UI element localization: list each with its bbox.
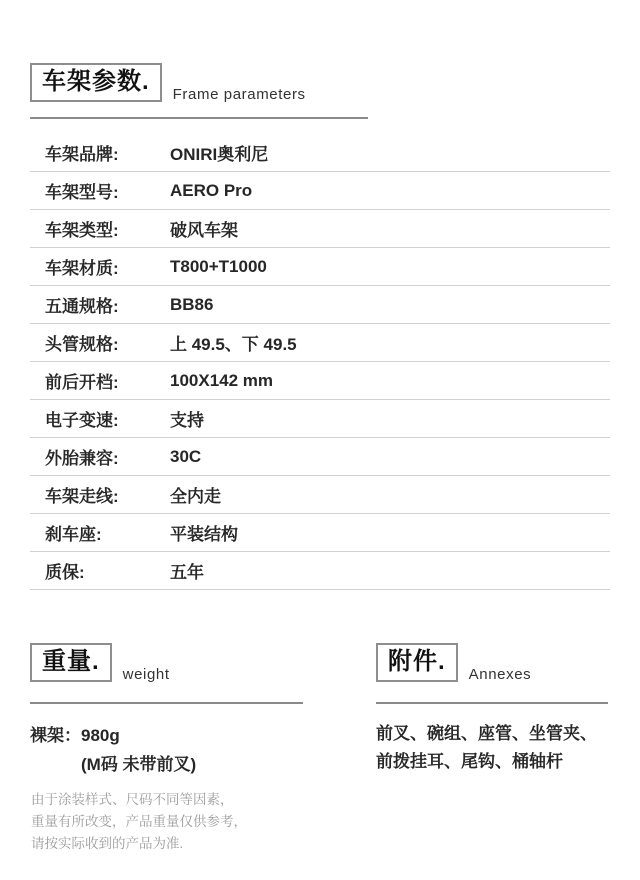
spec-label: 车架品牌: [30,140,170,165]
weight-subtitle: weight [123,666,170,683]
spec-label: 车架类型: [30,216,170,241]
spec-label: 头管规格: [30,330,170,355]
table-row-brake-mount: 刹车座: 平装结构 [30,514,610,552]
weight-header: 重量. weight [30,643,304,682]
weight-section: 重量. weight 裸架：980g (M码 未带前叉) [30,643,304,779]
spec-value: 30C [170,447,201,467]
table-row-warranty: 质保: 五年 [30,552,610,590]
frame-parameters-title: 车架参数. [42,68,150,95]
bare-frame-weight: 裸架：980g [30,721,304,750]
table-row-electronic-shifting: 电子变速: 支持 [30,400,610,438]
spec-label: 质保: [30,558,170,583]
annex-title-box: 附件. [376,643,458,682]
disclaimer-line: 请按实际收到的产品为准. [31,833,247,855]
size-note: (M码 未带前叉) [30,750,304,779]
table-row-axle-spacing: 前后开档: 100X142 mm [30,362,610,400]
spec-value: 100X142 mm [170,371,273,391]
spec-label: 车架走线: [30,482,170,507]
frame-parameters-header: 车架参数. Frame parameters [30,63,306,102]
weight-title: 重量. [42,648,100,675]
table-row-material: 车架材质: T800+T1000 [30,248,610,286]
disclaimer-line: 重量有所改变，产品重量仅供参考， [31,811,247,833]
table-row-head-tube: 头管规格: 上 49.5、下 49.5 [30,324,610,362]
weight-disclaimer: 由于涂装样式、尺码不同等因素， 重量有所改变，产品重量仅供参考， 请按实际收到的… [31,789,247,855]
spec-label: 前后开档: [30,368,170,393]
table-row-cable-routing: 车架走线: 全内走 [30,476,610,514]
frame-spec-sheet: 车架参数. Frame parameters 车架品牌: ONIRI奥利尼 车架… [0,0,640,880]
weight-title-box: 重量. [30,643,112,682]
annex-list: 前叉、碗组、座管、坐管夹、 前拨挂耳、尾钩、桶轴杆 [376,720,610,776]
spec-value: ONIRI奥利尼 [170,140,268,165]
annex-rule [376,702,608,704]
spec-label: 车架材质: [30,254,170,279]
table-row-brand: 车架品牌: ONIRI奥利尼 [30,134,610,172]
annex-section: 附件. Annexes 前叉、碗组、座管、坐管夹、 前拨挂耳、尾钩、桶轴杆 [376,643,610,776]
table-row-tire-clearance: 外胎兼容: 30C [30,438,610,476]
table-row-bottom-bracket: 五通规格: BB86 [30,286,610,324]
spec-value: BB86 [170,295,213,315]
spec-label: 五通规格: [30,292,170,317]
spec-value: 支持 [170,406,204,431]
spec-label: 车架型号: [30,178,170,203]
spec-value: 全内走 [170,482,221,507]
frame-parameters-table: 车架品牌: ONIRI奥利尼 车架型号: AERO Pro 车架类型: 破风车架… [30,134,610,590]
spec-value: 五年 [170,558,204,583]
spec-value: 破风车架 [170,216,238,241]
spec-value: 平装结构 [170,520,238,545]
annex-line: 前叉、碗组、座管、坐管夹、 [376,720,610,748]
spec-value: T800+T1000 [170,257,267,277]
weight-rule [30,702,303,704]
frame-parameters-rule [30,117,368,119]
spec-label: 刹车座: [30,520,170,545]
disclaimer-line: 由于涂装样式、尺码不同等因素， [31,789,247,811]
frame-parameters-subtitle: Frame parameters [173,86,306,103]
annex-title: 附件. [388,648,446,675]
spec-label: 外胎兼容: [30,444,170,469]
annex-line: 前拨挂耳、尾钩、桶轴杆 [376,748,610,776]
frame-parameters-title-box: 车架参数. [30,63,162,102]
spec-label: 电子变速: [30,406,170,431]
annex-subtitle: Annexes [469,666,532,683]
spec-value: 上 49.5、下 49.5 [170,330,297,355]
annex-header: 附件. Annexes [376,643,610,682]
table-row-type: 车架类型: 破风车架 [30,210,610,248]
table-row-model: 车架型号: AERO Pro [30,172,610,210]
spec-value: AERO Pro [170,181,252,201]
